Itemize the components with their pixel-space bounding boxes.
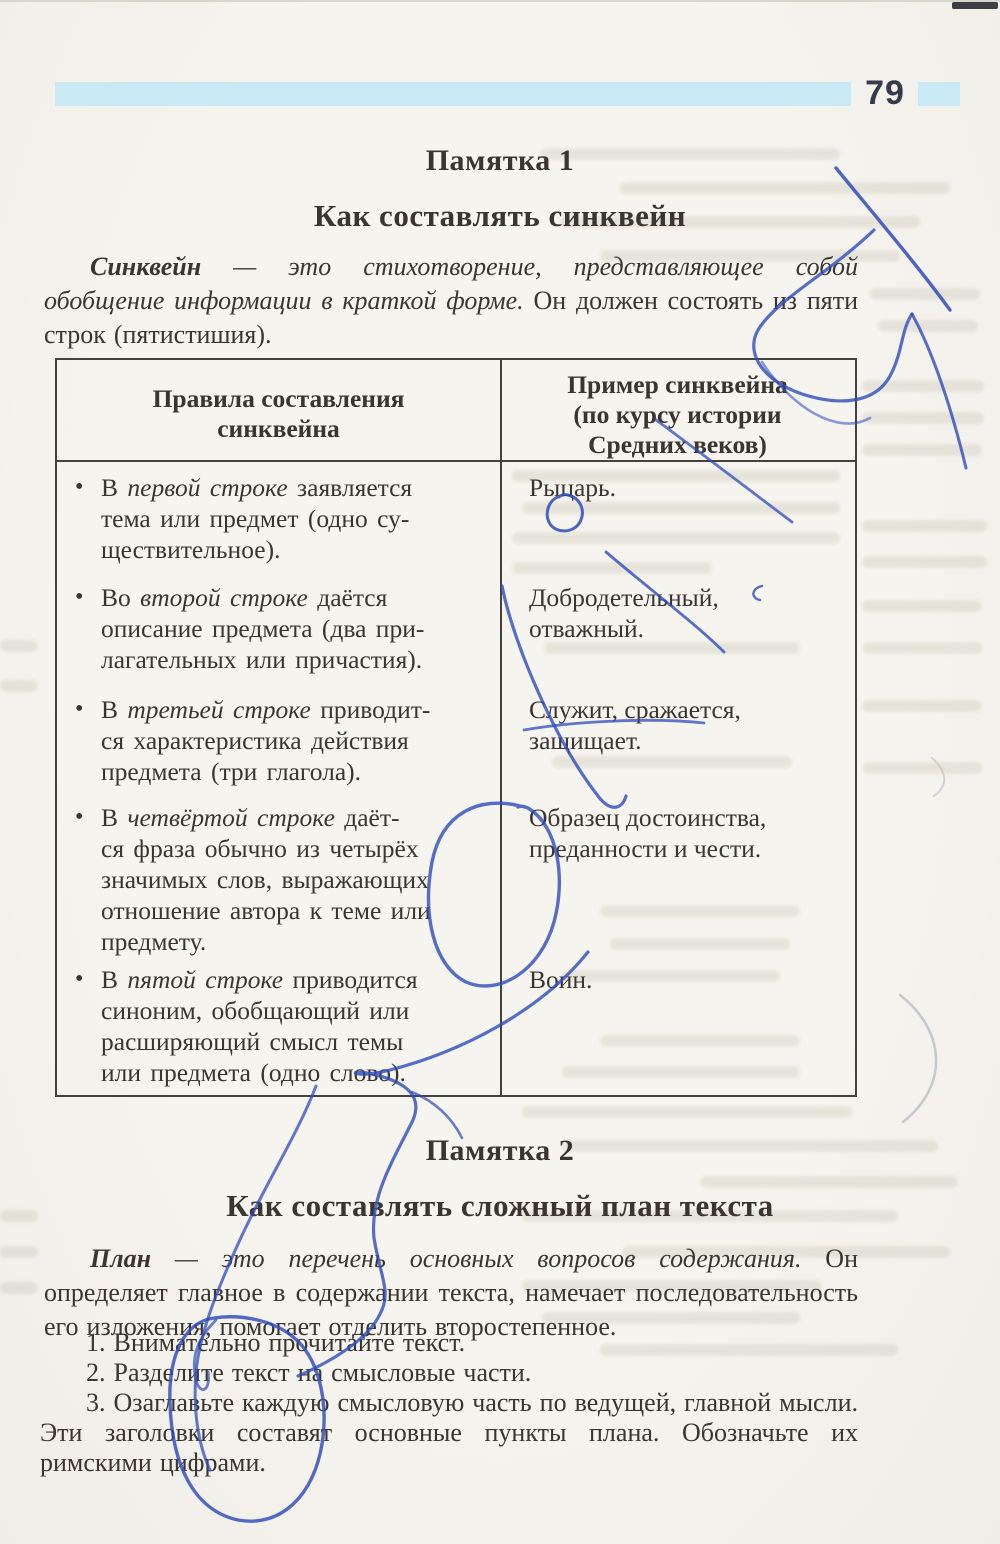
example-text: Добродетельный, отважный. (529, 582, 844, 644)
scan-edge (0, 0, 1000, 2)
text-segment: второй строке (140, 583, 308, 612)
text-segment: В (101, 695, 127, 724)
bullet-icon: • (75, 472, 101, 565)
list-item: 1. Внимательно прочитайте текст. (40, 1328, 858, 1358)
table-header-rules: Правила составления синквейна (57, 384, 500, 444)
example-text: Воин. (529, 964, 844, 995)
text-segment: В (101, 803, 127, 832)
text-segment: — это перечень основных вопросов содержа… (151, 1244, 801, 1273)
list-item: 3. Озаглавьте каждую смысловую часть по … (40, 1388, 858, 1478)
text-segment: План (90, 1244, 151, 1273)
scanned-textbook-page: 79 Памятка 1 Как составлять синквейн Син… (0, 0, 1000, 1544)
text-segment: первой строке (127, 473, 287, 502)
text-segment: пятой строке (127, 965, 283, 994)
bullet-icon: • (75, 964, 101, 1088)
example-text: Рыцарь. (529, 472, 844, 503)
table-header-divider (57, 460, 855, 462)
rule-text: В четвёртой строке даёт- ся фраза обычно… (101, 802, 431, 957)
cinquain-table: Правила составления синквейна Пример син… (55, 358, 857, 1097)
table-header-example: Пример синквейна (по курсу истории Средн… (500, 370, 855, 460)
scan-corner-mark (952, 2, 998, 9)
rule-text: В третьей строке приводит- ся характерис… (101, 694, 430, 787)
text-segment: четвёртой строке (127, 803, 335, 832)
example-text: Образец достоинства, преданности и чести… (529, 802, 844, 864)
header-bar-right (918, 82, 960, 106)
bullet-icon: • (75, 694, 101, 787)
rule-text: Во второй строке даётся описание предмет… (101, 582, 424, 675)
page-number: 79 (853, 74, 917, 113)
bullet-icon: • (75, 802, 101, 957)
memo2-title: Памятка 2 (0, 1134, 1000, 1168)
text-segment: третьей строке (127, 695, 310, 724)
memo2-subtitle: Как составлять сложный план текста (0, 1188, 1000, 1224)
text-segment: Во (101, 583, 140, 612)
example-text: Служит, сражается, защищает. (529, 694, 844, 756)
memo1-title: Памятка 1 (0, 144, 1000, 178)
memo1-subtitle: Как составлять синквейн (0, 198, 1000, 234)
list-item: 2. Разделите текст на смысловые части. (40, 1358, 858, 1388)
table-column-divider (500, 360, 502, 1095)
memo1-intro: Синквейн — это стихотворение, представля… (44, 250, 858, 352)
header-bar (55, 82, 851, 106)
text-segment: Синквейн (90, 252, 201, 281)
text-segment: В (101, 473, 127, 502)
bullet-icon: • (75, 582, 101, 675)
page-content: 79 Памятка 1 Как составлять синквейн Син… (0, 0, 1000, 1544)
rule-text: В пятой строке приводится синоним, обобщ… (101, 964, 418, 1088)
rule-text: В первой строке заявляется тема или пред… (101, 472, 412, 565)
text-segment: В (101, 965, 127, 994)
